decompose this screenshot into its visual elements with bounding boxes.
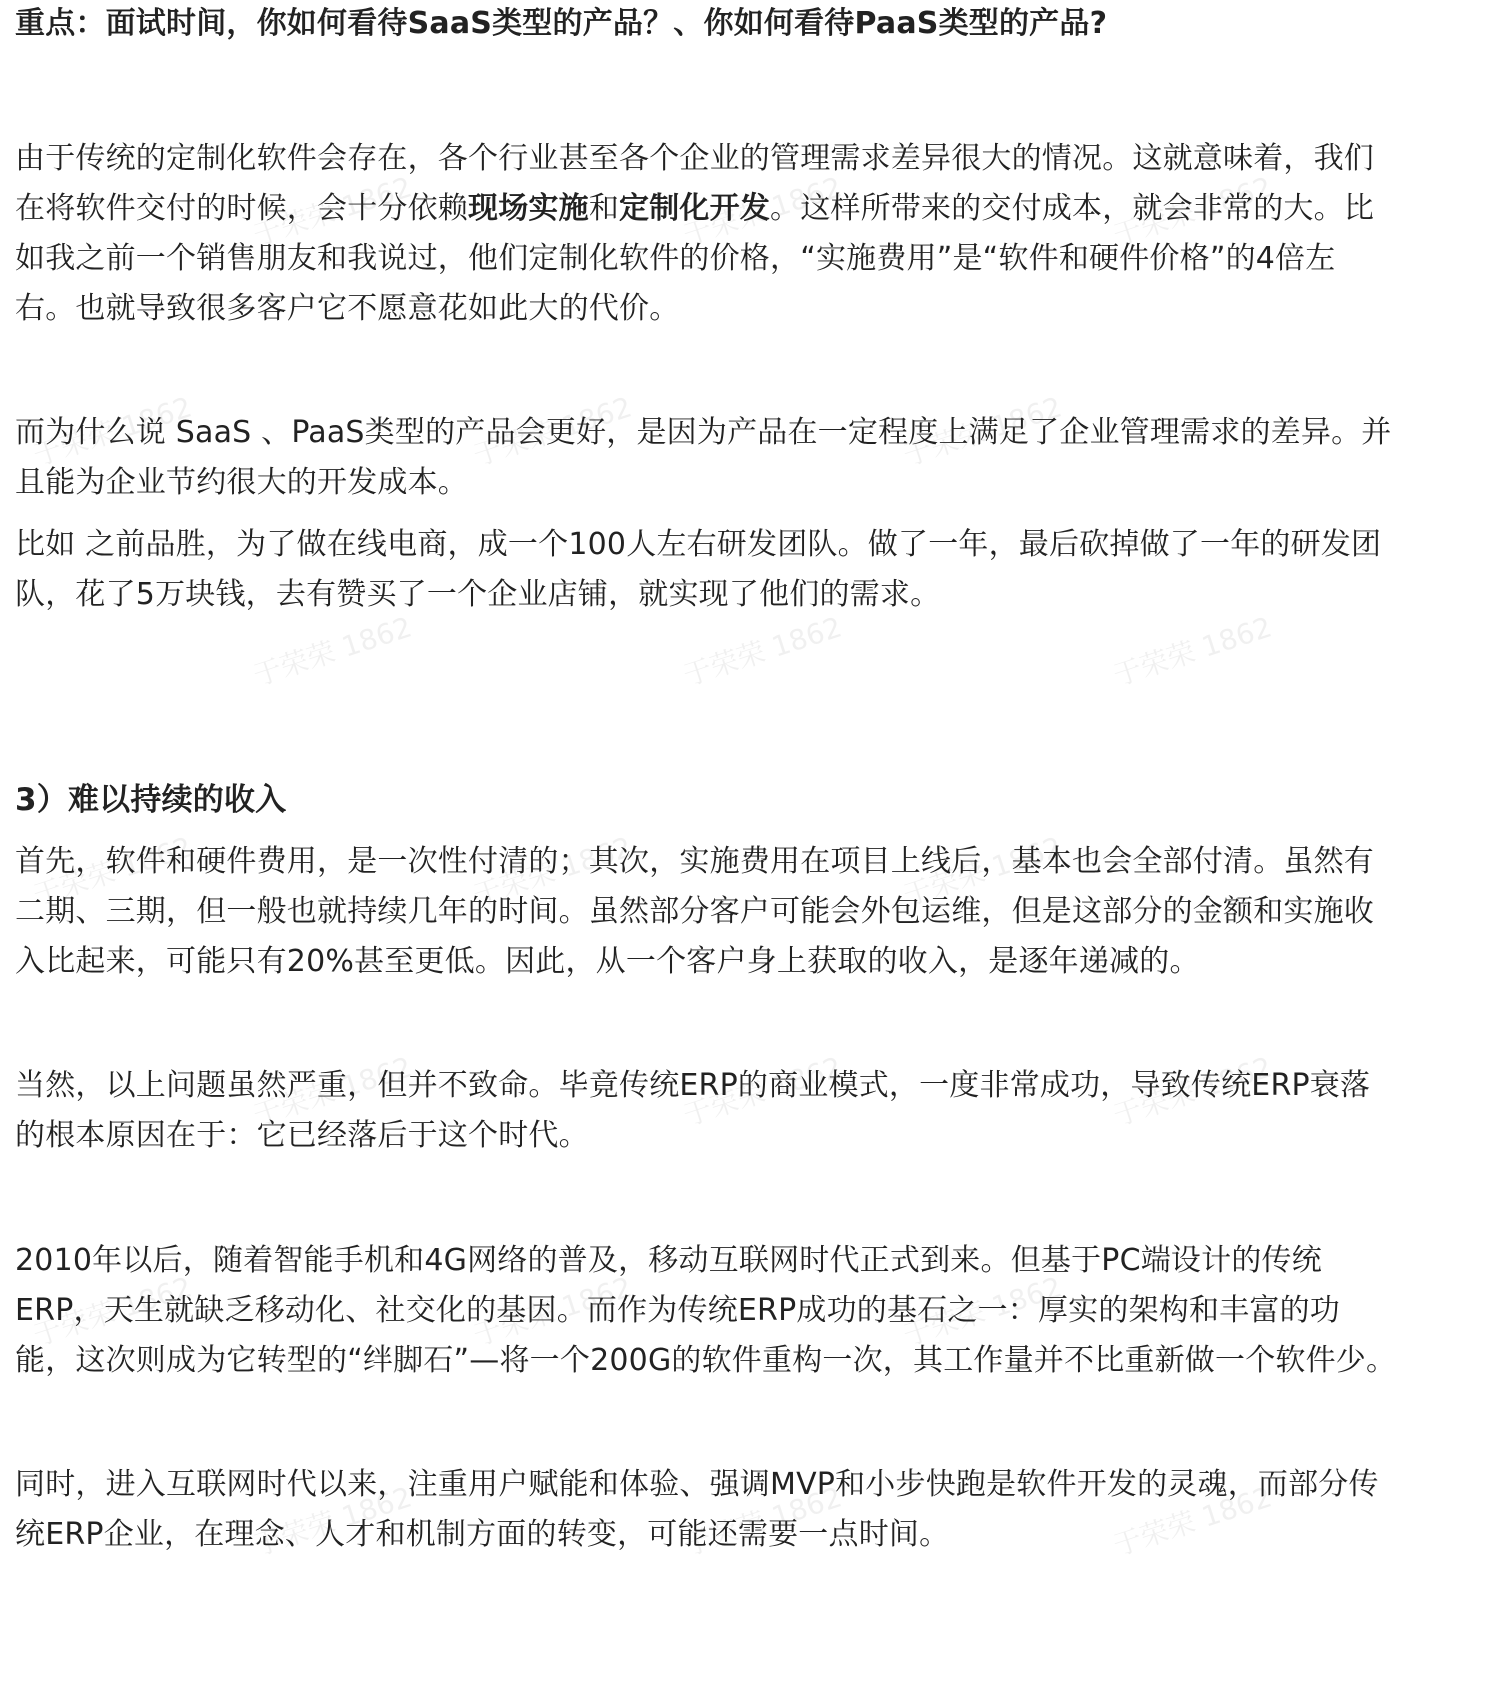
text-run: 。这样所带来的交付成本，就会非常的大。比 [770,191,1374,226]
section-heading: 3）难以持续的收入 [15,774,286,826]
paragraph-line: 右。也就导致很多客户它不愿意花如此大的代价。 [15,283,679,335]
paragraph-line: 的根本原因在于：它已经落后于这个时代。 [15,1110,589,1162]
paragraph-line: 而为什么说 SaaS 、PaaS类型的产品会更好，是因为产品在一定程度上满足了企… [15,407,1391,459]
paragraph-line: 二期、三期，但一般也就持续几年的时间。虽然部分客户可能会外包运维，但是这部分的金… [15,886,1374,938]
paragraph-line: 且能为企业节约很大的开发成本。 [15,457,468,509]
paragraph-line: 能，这次则成为它转型的“绊脚石”—将一个200G的软件重构一次，其工作量并不比重… [15,1335,1396,1387]
intro-line: 重点：面试时间，你如何看待SaaS类型的产品？、你如何看待PaaS类型的产品? [15,0,1107,50]
paragraph-line: ERP，天生就缺乏移动化、社交化的基因。而作为传统ERP成功的基石之一：厚实的架… [15,1285,1340,1337]
watermark: 于荣荣 1862 [1108,606,1276,695]
paragraph-line: 2010年以后，随着智能手机和4G网络的普及，移动互联网时代正式到来。但基于PC… [15,1235,1322,1287]
paragraph-line: 由于传统的定制化软件会存在，各个行业甚至各个企业的管理需求差异很大的情况。这就意… [15,133,1374,185]
emphasis-custom-development: 定制化开发 [619,191,770,226]
text-run: 在将软件交付的时候，会十分依赖 [15,191,468,226]
paragraph-line: 统ERP企业，在理念、人才和机制方面的转变，可能还需要一点时间。 [15,1509,949,1561]
paragraph-line: 当然，以上问题虽然严重，但并不致命。毕竟传统ERP的商业模式，一度非常成功，导致… [15,1060,1370,1112]
paragraph-line: 队，花了5万块钱，去有赞买了一个企业店铺，就实现了他们的需求。 [15,569,940,621]
paragraph-line: 比如 之前品胜，为了做在线电商，成一个100人左右研发团队。做了一年，最后砍掉做… [15,519,1381,571]
paragraph-line: 首先，软件和硬件费用，是一次性付清的；其次，实施费用在项目上线后，基本也会全部付… [15,836,1374,888]
text-run: 和 [589,191,619,226]
paragraph-line: 在将软件交付的时候，会十分依赖现场实施和定制化开发。这样所带来的交付成本，就会非… [15,183,1374,235]
paragraph-line: 如我之前一个销售朋友和我说过，他们定制化软件的价格，“实施费用”是“软件和硬件价… [15,233,1335,285]
paragraph-line: 入比起来，可能只有20%甚至更低。因此，从一个客户身上获取的收入，是逐年递减的。 [15,936,1200,988]
paragraph-line: 同时，进入互联网时代以来，注重用户赋能和体验、强调MVP和小步快跑是软件开发的灵… [15,1459,1379,1511]
emphasis-onsite-implementation: 现场实施 [468,191,589,226]
